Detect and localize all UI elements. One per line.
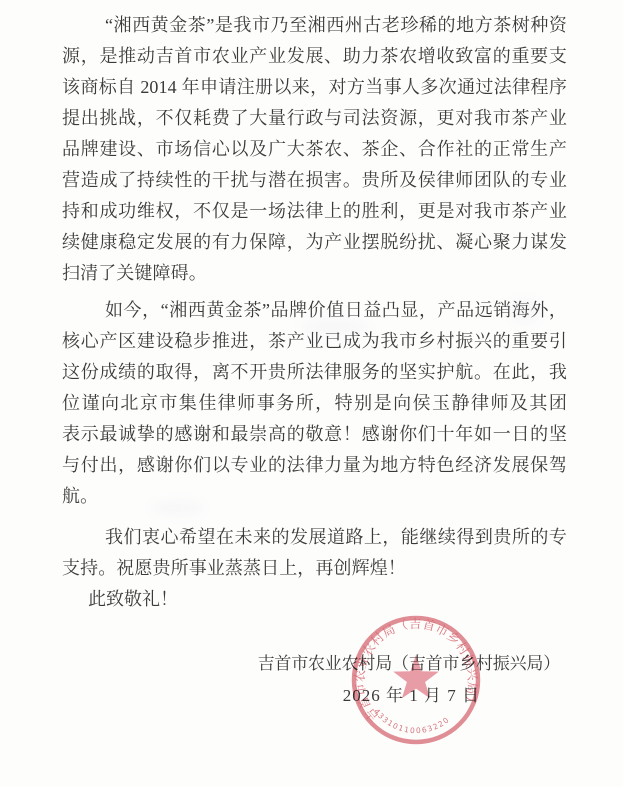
text-line: 营造成了持续性的干扰与潜在损害。贵所及侯律师团队的专业支 [62, 165, 567, 196]
text-line: 如今，“湘西黄金茶”品牌价值日益凸显，产品远销海外， [62, 295, 567, 326]
letter-page: “湘西黄金茶”是我市乃至湘西州古老珍稀的地方茶树种资源，是推动吉首市农业产业发展… [0, 0, 623, 787]
text-line: 我们衷心希望在未来的发展道路上，能继续得到贵所的专业 [62, 522, 567, 553]
seal-star-icon [393, 655, 439, 698]
letter-body: “湘西黄金茶”是我市乃至湘西州古老珍稀的地方茶树种资源，是推动吉首市农业产业发展… [62, 10, 567, 584]
text-line: 这份成绩的取得，离不开贵所法律服务的坚实护航。在此，我单 [62, 357, 567, 388]
text-line: 源，是推动吉首市农业产业发展、助力茶农增收致富的重要支柱。 [62, 41, 567, 72]
text-line: 提出挑战，不仅耗费了大量行政与司法资源，更对我市茶产业的 [62, 103, 567, 134]
text-line: 支持。祝愿贵所事业蒸蒸日上，再创辉煌！ [62, 553, 567, 584]
text-line: 扫清了关键障碍。 [62, 258, 567, 289]
paragraph: 如今，“湘西黄金茶”品牌价值日益凸显，产品远销海外，核心产区建设稳步推进，茶产业… [62, 295, 567, 512]
text-line: “湘西黄金茶”是我市乃至湘西州古老珍稀的地方茶树种资 [62, 10, 567, 41]
paragraph: 我们衷心希望在未来的发展道路上，能继续得到贵所的专业支持。祝愿贵所事业蒸蒸日上，… [62, 522, 567, 584]
paragraph: “湘西黄金茶”是我市乃至湘西州古老珍稀的地方茶树种资源，是推动吉首市农业产业发展… [62, 10, 567, 289]
text-line: 持和成功维权，不仅是一场法律上的胜利，更是对我市茶产业持 [62, 196, 567, 227]
text-line: 航。 [62, 481, 567, 512]
text-line: 该商标自 2014 年申请注册以来，对方当事人多次通过法律程序 [62, 72, 567, 103]
text-line: 表示最诚挚的感谢和最崇高的敬意！感谢你们十年如一日的坚持 [62, 419, 567, 450]
text-line: 续健康稳定发展的有力保障，为产业摆脱纷扰、凝心聚力谋发展 [62, 227, 567, 258]
text-line: 位谨向北京市集佳律师事务所，特别是向侯玉静律师及其团队， [62, 388, 567, 419]
text-line: 核心产区建设稳步推进，茶产业已成为我市乡村振兴的重要引擎。 [62, 326, 567, 357]
text-line: 品牌建设、市场信心以及广大茶农、茶企、合作社的正常生产经 [62, 134, 567, 165]
text-line: 与付出，感谢你们以专业的法律力量为地方特色经济发展保驾护 [62, 450, 567, 481]
official-seal-stamp: 吉首市农业农村局（吉首市乡村振兴局） 43310110063220 [341, 605, 491, 755]
salute-line: 此致敬礼！ [88, 584, 178, 615]
